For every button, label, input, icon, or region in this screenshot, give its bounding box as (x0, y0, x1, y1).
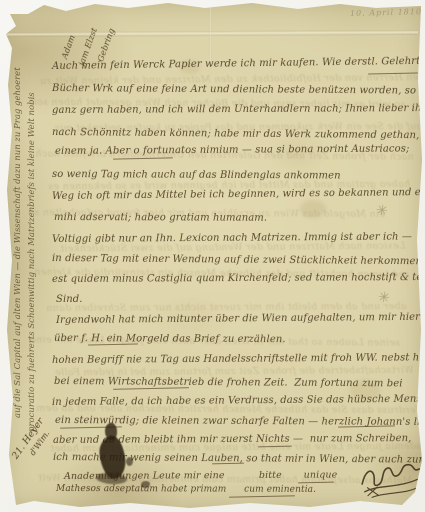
ink-blot-top (105, 423, 117, 440)
pencil-star-mark: ✳ (375, 202, 389, 219)
handwriting-line: Irgendwohl hat mich mitunter über die Wi… (56, 311, 425, 326)
handwriting-line: Mathesos adseptatam habet primam cum emi… (56, 484, 316, 495)
handwriting-line: est quidem minus Castiglia quam Kirchenf… (52, 272, 425, 285)
handwriting-line: so wenig Tag mich auch auf das Blindengl… (52, 169, 341, 182)
handwriting-line: hohen Begriff nie zu Tag aus Handelsschr… (52, 352, 425, 366)
handwriting-line: Bücher Wrk auf eine feine Art und dienli… (52, 83, 425, 97)
ink-blot-smear (96, 472, 128, 485)
fold-crease-vertical (209, 0, 212, 64)
handwriting-line: bei einem Wirtschaftsbetrieb die frohen … (54, 376, 403, 389)
underline-stroke (212, 463, 244, 465)
handwriting-line: nach Schönnitz haben können; habe mir da… (52, 127, 425, 142)
signature-flourish (356, 458, 425, 505)
ink-blot-satellite (126, 457, 133, 466)
handwriting-line: in dieser Tag mit einer Wendung auf die … (52, 253, 422, 267)
corner-annotation-line: Adam (60, 34, 78, 61)
underline-stroke (113, 387, 189, 390)
pencil-star-mark: ✳ (377, 289, 391, 306)
ink-blot (96, 423, 136, 493)
handwriting-line: ganz gern haben, und ich will dem Unterh… (52, 103, 425, 116)
scanned-letter: 10. April 1810 Adam jam Elzst Gebring au… (0, 0, 425, 512)
pencil-date: 10. April 1810 (350, 7, 422, 18)
handwriting-line: Sind. (56, 294, 83, 305)
letter-paper: 10. April 1810 Adam jam Elzst Gebring au… (0, 0, 425, 512)
underline-stroke (229, 495, 295, 498)
margin-note-left-inner: procuratio zu fuehrerts Schoenwittig nac… (27, 92, 37, 432)
handwriting-line: über f. H. ein Morgeld das Brief zu erzä… (54, 333, 286, 345)
handwriting-line: mihi adservati; habeo gratiam humanam. (54, 212, 267, 224)
handwriting-line: Auch mein fein Werck Papier werde ich mi… (52, 55, 425, 72)
margin-note-left-outer: auf die Sal Capital auf alten Wien — die… (13, 67, 23, 418)
